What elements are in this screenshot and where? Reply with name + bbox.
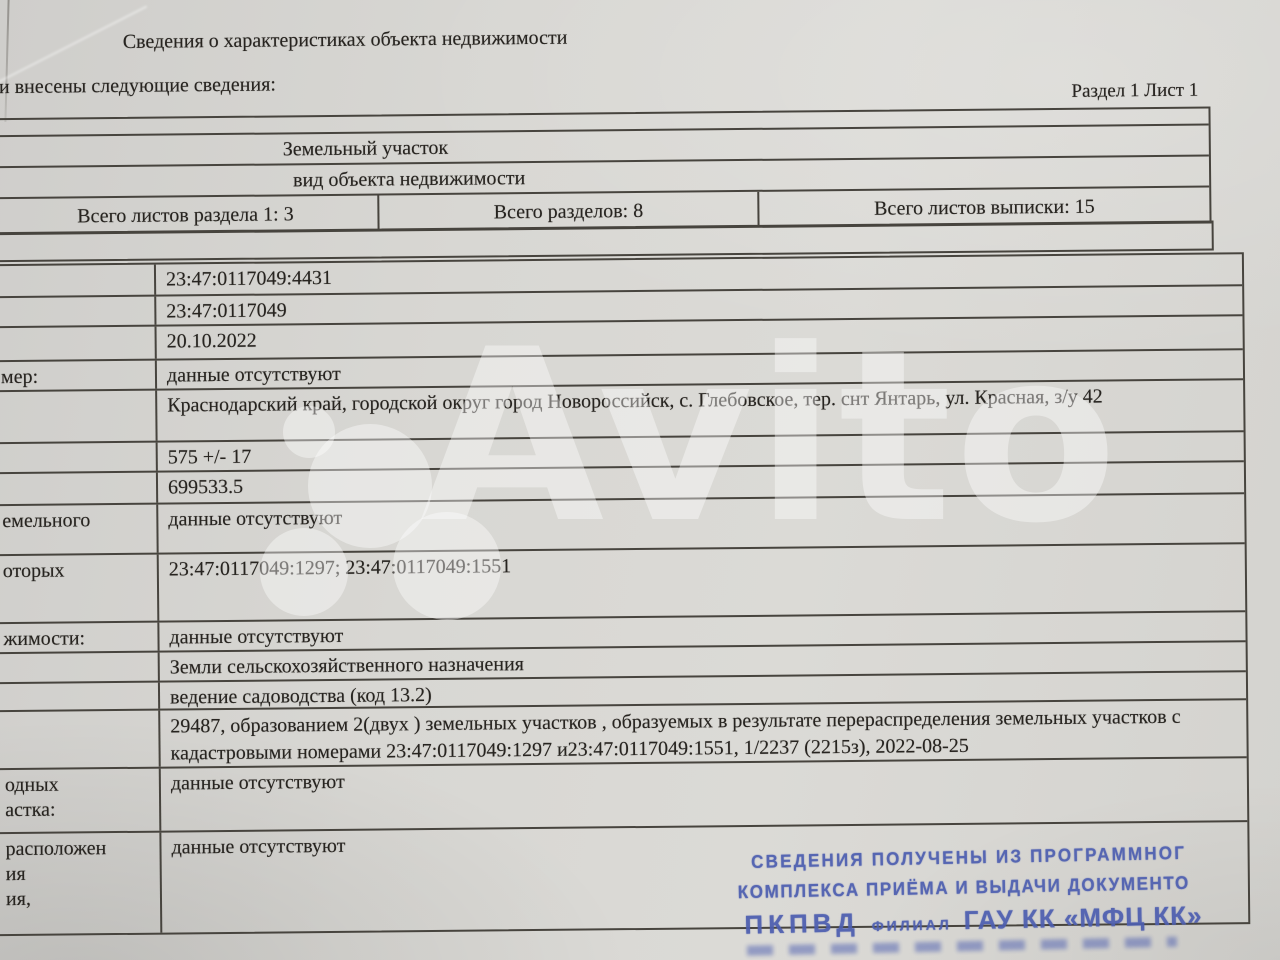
row-label: жимости: bbox=[0, 623, 160, 653]
row-label bbox=[0, 711, 161, 769]
characteristics-table: 23:47:0117049:4431 23:47:0117049 20.10.2… bbox=[0, 252, 1250, 936]
stamp-pkpvd-text: ПКПВД bbox=[744, 907, 860, 940]
total-sections-cell: Всего разделов: 8 bbox=[377, 192, 757, 230]
row-value: Краснодарский край, городской округ горо… bbox=[157, 380, 1243, 440]
total-sheets-section-cell: Всего листов раздела 1: 3 bbox=[0, 196, 378, 234]
stamp-org-text: ГАУ КК «МФЦ КК» bbox=[963, 900, 1203, 936]
document-photo: Сведения о характеристиках объекта недви… bbox=[0, 0, 1280, 960]
row-label bbox=[0, 391, 158, 443]
row-label bbox=[0, 473, 158, 505]
row-label bbox=[0, 443, 158, 473]
row-label: расположен ия ия, bbox=[0, 833, 162, 935]
section-sheet-label: Раздел 1 Лист 1 bbox=[1071, 80, 1198, 103]
stamp-line-2: КОМПЛЕКСА ПРИЁМА И ВЫДАЧИ ДОКУМЕНТО bbox=[738, 872, 1203, 903]
mfc-ink-stamp: СВЕДЕНИЯ ПОЛУЧЕНЫ ИЗ ПРОГРАММНОГ КОМПЛЕК… bbox=[737, 843, 1203, 956]
row-label: одных астка: bbox=[0, 769, 161, 833]
row-label bbox=[0, 265, 156, 297]
row-label bbox=[0, 683, 160, 711]
row-label: емельного bbox=[0, 505, 159, 555]
header-table: Земельный участок вид объекта недвижимос… bbox=[0, 107, 1212, 236]
page-title: Сведения о характеристиках объекта недви… bbox=[123, 27, 568, 54]
stamp-line-3: ПКПВД ФИЛИАЛ ГАУ КК «МФЦ КК» bbox=[744, 900, 1203, 941]
row-label: мер: bbox=[0, 361, 157, 391]
row-label: оторых bbox=[0, 555, 159, 623]
intro-text: ти внесены следующие сведения: bbox=[0, 73, 276, 99]
row-value: 23:47:0117049:1297; 23:47:0117049:1551 bbox=[159, 544, 1246, 620]
row-label bbox=[0, 297, 156, 327]
stamp-filial-text: ФИЛИАЛ bbox=[872, 916, 952, 934]
document-page: Сведения о характеристиках объекта недви… bbox=[0, 0, 1280, 960]
row-value: данные отсутствуют bbox=[161, 758, 1248, 830]
row-value: 29487, образованием 2(двух ) земельных у… bbox=[160, 700, 1246, 766]
row-label bbox=[0, 327, 157, 361]
table-row: одных астка: данные отсутствуют bbox=[0, 756, 1247, 832]
total-sheets-extract-cell: Всего листов выписки: 15 bbox=[757, 188, 1209, 226]
table-row: оторых 23:47:0117049:1297; 23:47:0117049… bbox=[0, 542, 1245, 622]
row-label bbox=[0, 653, 160, 683]
